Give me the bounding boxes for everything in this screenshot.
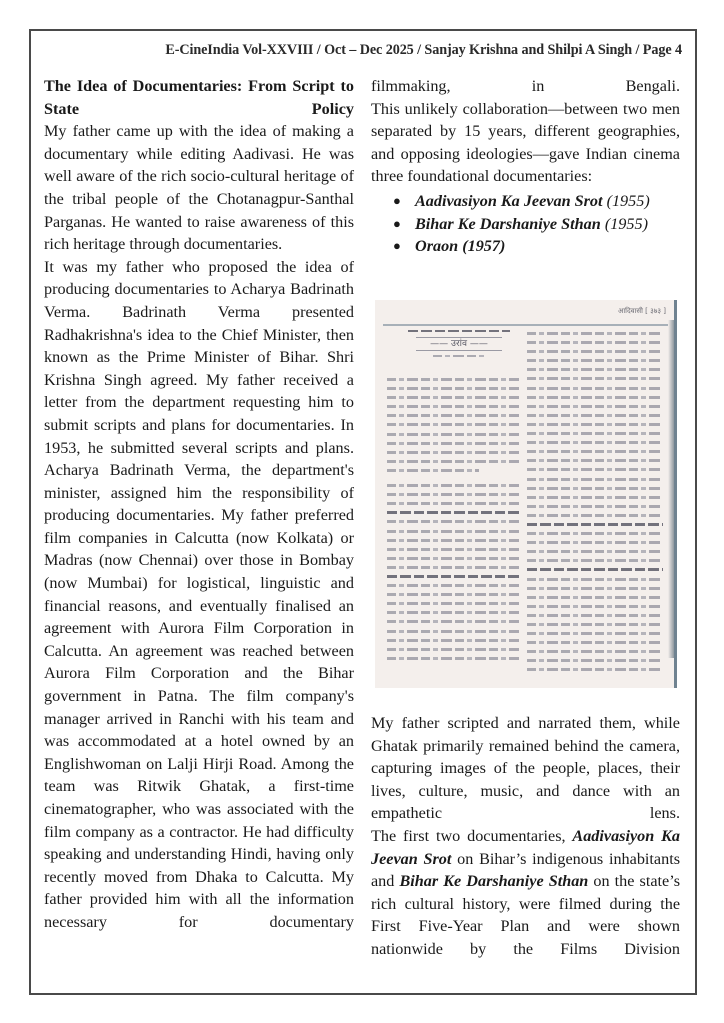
documentary-title-inline-2: Bihar Ke Darshaniye Sthan (399, 872, 588, 890)
clipping-subtitle-line (433, 355, 484, 357)
clipping-text-column-left (387, 378, 519, 666)
intro-paragraph: This unlikely collaboration—between two … (371, 98, 680, 188)
body-paragraph-1: My father came up with the idea of makin… (44, 120, 354, 256)
clipping-rule (383, 324, 668, 326)
clipping-text-column-right (527, 332, 663, 678)
body-paragraph-2: It was my father who proposed the idea o… (44, 256, 354, 934)
bullet-icon: ● (393, 235, 401, 258)
bullet-icon: ● (393, 213, 401, 236)
clipping-page-marker: आदिवासी [ ३७३ ] (618, 307, 666, 316)
section-heading-line-1: The Idea of Documentaries: From Script t… (44, 75, 354, 98)
documentary-year: (1955) (605, 215, 648, 233)
right-column: filmmaking, in Bengali. This unlikely co… (371, 75, 680, 258)
documentary-list: ● Aadivasiyon Ka Jeevan Srot (1955) ● Bi… (371, 190, 680, 258)
documentary-list-item: ● Bihar Ke Darshaniye Sthan (1955) (393, 213, 680, 236)
documentary-title: Bihar Ke Darshaniye Sthan (415, 215, 601, 233)
documentary-year: (1957) (462, 237, 505, 255)
right-column-continued: My father scripted and narrated them, wh… (371, 712, 680, 961)
clipping-title: —— उरांव —— (416, 337, 502, 351)
bullet-icon: ● (393, 190, 401, 213)
left-column: The Idea of Documentaries: From Script t… (44, 75, 354, 934)
closing-paragraph-1: My father scripted and narrated them, wh… (371, 712, 680, 825)
documentary-title: Oraon (415, 237, 458, 255)
scanned-clipping-image: आदिवासी [ ३७३ ] —— उरांव —— (375, 300, 677, 688)
documentary-title: Aadivasiyon Ka Jeevan Srot (415, 192, 603, 210)
clipping-heading: —— उरांव —— (395, 330, 523, 357)
section-heading: The Idea of Documentaries: From Script t… (44, 75, 354, 120)
running-header: E-CineIndia Vol-XXVIII / Oct – Dec 2025 … (40, 40, 682, 60)
documentary-list-item: ● Aadivasiyon Ka Jeevan Srot (1955) (393, 190, 680, 213)
documentary-year: (1955) (607, 192, 650, 210)
clipping-kicker-line (408, 330, 510, 332)
continuation-line: filmmaking, in Bengali. (371, 75, 680, 98)
closing-text-start: The first two documentaries, (371, 827, 572, 845)
closing-paragraph-2: The first two documentaries, Aadivasiyon… (371, 825, 680, 961)
section-heading-line-2: State Policy (44, 98, 354, 121)
clipping-edge-shadow (668, 320, 674, 658)
documentary-list-item: ● Oraon (1957) (393, 235, 680, 258)
